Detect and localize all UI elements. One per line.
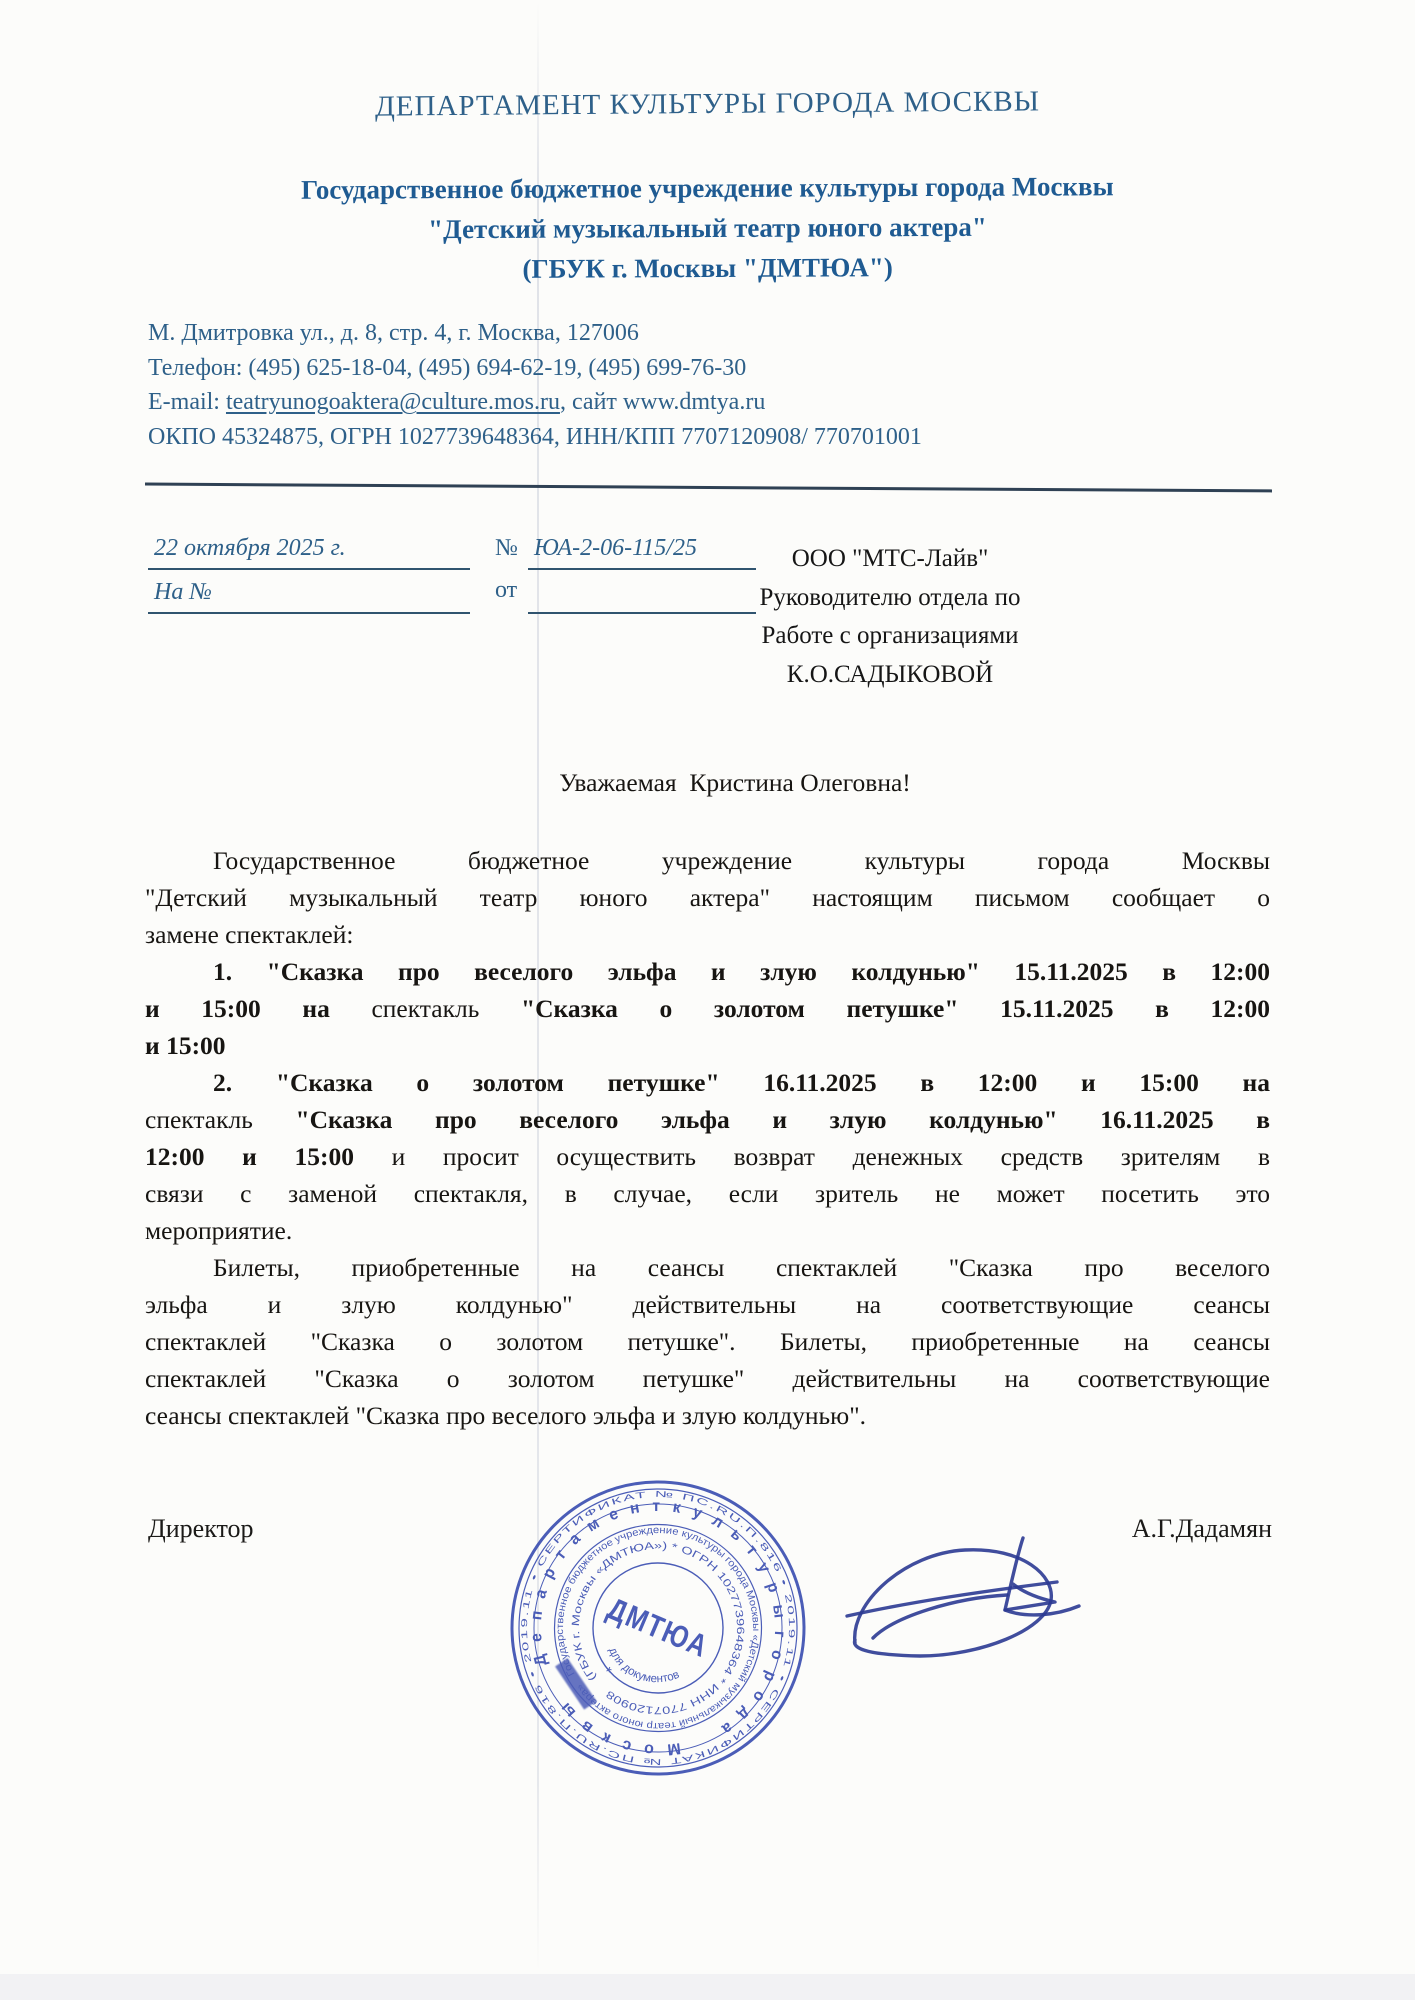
body-line: спектакль "Сказка про веселого эльфа и з… (145, 1101, 1270, 1138)
website: , сайт www.dmtya.ru (560, 389, 765, 415)
body-text-bold: 1. "Сказка про веселого эльфа и злую кол… (213, 957, 1270, 986)
body-line: и 15:00 (145, 1027, 1270, 1064)
body-text: спектакль (145, 1105, 295, 1134)
body-text: спектакль (371, 994, 520, 1023)
number-sign-label: № (495, 528, 529, 570)
org-name-line2: "Детский музыкальный театр юного актера" (0, 205, 1415, 251)
reply-to-number-field: На № (148, 572, 470, 614)
body-text-bold: 12:00 и 15:00 (145, 1142, 392, 1171)
body-line: 12:00 и 15:00 и просит осуществить возвр… (145, 1138, 1270, 1175)
body-text-bold: "Сказка о золотом петушке" 15.11.2025 в … (521, 994, 1270, 1023)
org-phone: Телефон: (495) 625-18-04, (495) 694-62-1… (148, 351, 922, 386)
signatory-position: Директор (148, 1514, 254, 1544)
body-text: Государственное бюджетное учреждение кул… (213, 846, 1270, 875)
body-text: сеансы спектаклей "Сказка про веселого э… (145, 1401, 866, 1430)
salutation: Уважаемая Кристина Олеговна! (145, 768, 1270, 798)
addressee-name: К.О.САДЫКОВОЙ (718, 656, 1062, 695)
body-line: Государственное бюджетное учреждение кул… (145, 842, 1270, 879)
addressee-company: ООО "МТС-Лайв" (718, 540, 1062, 579)
stamp-asterisk: * (602, 1663, 614, 1681)
body-text-bold: 2. "Сказка о золотом петушке" 16.11.2025… (213, 1068, 1270, 1097)
body-text-bold: и 15:00 на (145, 994, 371, 1023)
body-text: "Детский музыкальный театр юного актера"… (145, 883, 1270, 912)
email-address: teatryunogoaktera@culture.mos.ru (226, 389, 560, 415)
body-text: спектаклей "Сказка о золотом петушке" де… (145, 1364, 1270, 1393)
body-line: мероприятие. (145, 1212, 1270, 1249)
body-text: мероприятие. (145, 1216, 292, 1245)
signature-scribble (755, 1498, 1115, 1688)
email-label: E-mail: (148, 389, 226, 415)
letterhead-divider-rule (145, 483, 1272, 493)
letterhead-contacts: М. Дмитровка ул., д. 8, стр. 4, г. Москв… (148, 316, 922, 454)
body-line: замене спектаклей: (145, 916, 1270, 953)
reference-left-column: 22 октября 2025 г. На № (148, 528, 470, 614)
body-text-bold: "Сказка про веселого эльфа и злую колдун… (295, 1105, 1270, 1134)
body-line: эльфа и злую колдунью" действительны на … (145, 1286, 1270, 1323)
body-text: и просит осуществить возврат денежных ср… (392, 1142, 1270, 1171)
body-text: эльфа и злую колдунью" действительны на … (145, 1290, 1270, 1319)
addressee-position-line1: Руководителю отдела по (718, 579, 1062, 618)
letterhead-department-title: ДЕПАРТАМЕНТ КУЛЬТУРЫ ГОРОДА МОСКВЫ (0, 82, 1415, 126)
body-line: 1. "Сказка про веселого эльфа и злую кол… (145, 953, 1270, 990)
body-line: и 15:00 на спектакль "Сказка о золотом п… (145, 990, 1270, 1027)
scanned-letter-page: ДЕПАРТАМЕНТ КУЛЬТУРЫ ГОРОДА МОСКВЫ Госуд… (0, 0, 1415, 2000)
body-text: связи с заменой спектакля, в случае, есл… (145, 1179, 1270, 1208)
body-line: Билеты, приобретенные на сеансы спектакл… (145, 1249, 1270, 1286)
body-line: связи с заменой спектакля, в случае, есл… (145, 1175, 1270, 1212)
org-registration-codes: ОКПО 45324875, ОГРН 1027739648364, ИНН/К… (148, 420, 922, 455)
body-line: сеансы спектаклей "Сказка про веселого э… (145, 1397, 1270, 1434)
letterhead-organization: Государственное бюджетное учреждение кул… (0, 165, 1415, 291)
body-line: "Детский музыкальный театр юного актера"… (145, 879, 1270, 916)
body-text-bold: и 15:00 (145, 1031, 226, 1060)
signature-inner-loop-stroke (873, 1595, 1007, 1638)
org-name-line3: (ГБУК г. Москвы "ДМТЮА") (0, 245, 1415, 291)
body-line: 2. "Сказка о золотом петушке" 16.11.2025… (145, 1064, 1270, 1101)
addressee-block: ООО "МТС-Лайв" Руководителю отдела по Ра… (718, 540, 1062, 694)
org-email-line: E-mail: teatryunogoaktera@culture.mos.ru… (148, 385, 922, 420)
body: Государственное бюджетное учреждение кул… (145, 842, 1270, 1434)
scan-edge-artifact (0, 1974, 1415, 2000)
body-text: спектаклей "Сказка о золотом петушке". Б… (145, 1327, 1270, 1356)
org-address: М. Дмитровка ул., д. 8, стр. 4, г. Москв… (148, 316, 922, 351)
reference-labels: № от (495, 528, 529, 612)
body-text: замене спектаклей: (145, 920, 353, 949)
body-line: спектаклей "Сказка о золотом петушке" де… (145, 1360, 1270, 1397)
body-text: Билеты, приобретенные на сеансы спектакл… (213, 1253, 1270, 1282)
addressee-position-line2: Работе с организациями (718, 617, 1062, 656)
org-name-line1: Государственное бюджетное учреждение кул… (0, 165, 1415, 211)
signature-zigzag-stroke (1005, 1538, 1055, 1610)
letter-date-field: 22 октября 2025 г. (148, 528, 470, 570)
body-line: спектаклей "Сказка о золотом петушке". Б… (145, 1323, 1270, 1360)
from-label: от (495, 570, 529, 612)
